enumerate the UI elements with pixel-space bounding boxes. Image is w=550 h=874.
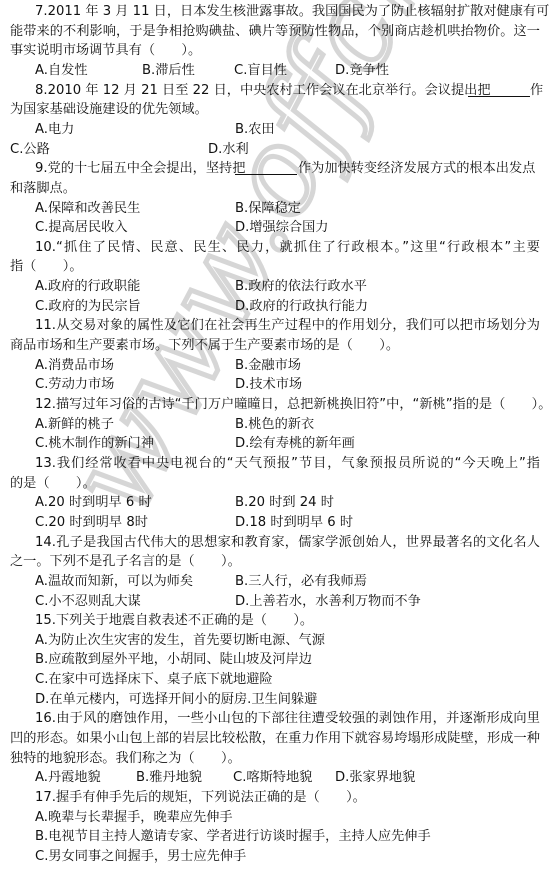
q7-stem-line-2: 能带来的不利影响，于是争相抢购碘盐、碘片等预防性物品，个别商店趁机哄抬物价。这一: [10, 22, 540, 42]
q10-stem-line-2: 指（ ）。: [10, 257, 83, 277]
q12-option-a[interactable]: A.新鲜的桃子: [35, 415, 114, 435]
q11-options-row-2: C.劳动力市场 D.技术市场: [0, 375, 550, 395]
q8-option-b[interactable]: B.农田: [235, 120, 275, 140]
q16-option-d[interactable]: D.张家界地貌: [335, 768, 415, 788]
q16-options: A.丹霞地貌 B.雅丹地貌 C.喀斯特地貌 D.张家界地貌: [0, 768, 550, 788]
q12-option-d[interactable]: D.绘有寿桃的新年画: [235, 434, 355, 454]
q14-options-row-2: C.小不忍则乱大谋 D.上善若水，水善利万物而不争: [0, 592, 550, 612]
q7-stem-line-3: 事实说明市场调节具有（ ）。: [10, 41, 201, 61]
q14-option-b[interactable]: B.三人行，必有我师焉: [235, 572, 367, 592]
q9-option-c[interactable]: C.提高居民收入: [35, 218, 128, 238]
q14-stem-line-1: 14.孔子是我国古代伟大的思想家和教育家，儒家学派创始人，世界最著名的文化名人: [35, 533, 540, 553]
q9-options-row-2: C.提高居民收入 D.增强综合国力: [0, 218, 550, 238]
q14-options-row-1: A.温故而知新，可以为师矣 B.三人行，必有我师焉: [0, 572, 550, 592]
q16-stem-line-3: 独特的地貌形态。我们称之为（ ）。: [10, 749, 241, 769]
q9-stem-text: 9.党的十七届五中全会提出，坚持把: [35, 159, 245, 179]
q16-stem-line-2: 凹的形态。如果小山包上部的岩层比较松散，在重力作用下就容易垮塌形成陡壁，形成一种: [10, 729, 540, 749]
q15-option-c[interactable]: C.在家中可选择床下、桌子底下就地避险: [35, 670, 273, 690]
q9-option-b[interactable]: B.保障稳定: [235, 199, 301, 219]
q7-option-d[interactable]: D.竞争性: [335, 61, 389, 81]
q14-option-d[interactable]: D.上善若水，水善利万物而不争: [235, 592, 421, 612]
q10-option-c[interactable]: C.政府的为民宗旨: [35, 297, 141, 317]
q12-options-row-1: A.新鲜的桃子 B.桃色的新衣: [0, 415, 550, 435]
q10-option-d[interactable]: D.政府的行政执行能力: [235, 297, 368, 317]
q15-option-b[interactable]: B.应疏散到屋外平地，小胡同、陡山坡及河岸边: [35, 650, 312, 670]
q16-stem-line-1: 16.由于风的磨蚀作用，一些小山包的下部往往遭受较强的剥蚀作用，并逐渐形成向里: [35, 709, 540, 729]
q15-stem-line-1: 15.下列关于地震自救表述不正确的是（ ）。: [35, 611, 313, 631]
q11-option-c[interactable]: C.劳动力市场: [35, 375, 114, 395]
q11-option-d[interactable]: D.技术市场: [235, 375, 302, 395]
q8-options-row-2: C.公路 D.水利: [0, 140, 550, 160]
q17-option-a[interactable]: A.晚辈与长辈握手，晚辈应先伸手: [35, 808, 233, 828]
q9-stem-tail: 作为加快转变经济发展方式的根本出发点: [298, 159, 535, 179]
q14-option-c[interactable]: C.小不忍则乱大谋: [35, 592, 141, 612]
q11-stem-line-1: 11.从交易对象的属性及它们在社会再生产过程中的作用划分，我们可以把市场划分为: [35, 316, 540, 336]
q13-options-row-2: C.20 时到明早 8时 D.18 时到明早 6 时: [0, 513, 550, 533]
q10-option-a[interactable]: A.政府的行政职能: [35, 277, 140, 297]
q13-stem-line-2: 的是（ ）。: [10, 474, 96, 494]
q9-stem-line-2: 和落脚点。: [10, 179, 76, 199]
q12-options-row-2: C.桃木制作的新门神 D.绘有寿桃的新年画: [0, 434, 550, 454]
exam-page: www.offcn.com 7.2011 年 3 月 11 日，日本发生核泄露事…: [0, 0, 550, 874]
q8-option-a[interactable]: A.电力: [35, 120, 74, 140]
q16-option-b[interactable]: B.雅丹地貌: [136, 768, 202, 788]
q15-option-d[interactable]: D.在单元楼内，可选择开间小的厨房.卫生间躲避: [35, 690, 317, 710]
q7-option-a[interactable]: A.自发性: [35, 61, 88, 81]
q9-option-d[interactable]: D.增强综合国力: [235, 218, 328, 238]
q17-option-c[interactable]: C.男女同事之间握手，男士应先伸手: [35, 847, 246, 867]
q8-stem-text: 8.2010 年 12 月 21 日至 22 日，中央农村工作会议在北京举行。会…: [35, 81, 491, 101]
q7-option-c[interactable]: C.盲目性: [234, 61, 287, 81]
q16-option-a[interactable]: A.丹霞地貌: [35, 768, 101, 788]
q13-stem-line-1: 13.我们经常收看中央电视台的“天气预报”节目，气象预报员所说的“今天晚上”指: [35, 454, 540, 474]
q10-options-row-2: C.政府的为民宗旨 D.政府的行政执行能力: [0, 297, 550, 317]
q10-options-row-1: A.政府的行政职能 B.政府的依法行政水平: [0, 277, 550, 297]
q8-option-c[interactable]: C.公路: [10, 140, 50, 160]
q13-option-b[interactable]: B.20 时到 24 时: [235, 493, 334, 513]
q14-option-a[interactable]: A.温故而知新，可以为师矣: [35, 572, 193, 592]
q14-stem-line-2: 之一。下列不是孔子名言的是（ ）。: [10, 552, 241, 572]
q13-option-d[interactable]: D.18 时到明早 6 时: [235, 513, 353, 533]
q8-stem-line-1: 8.2010 年 12 月 21 日至 22 日，中央农村工作会议在北京举行。会…: [0, 81, 550, 101]
q10-stem-line-1: 10.“抓住了民情、民意、民生、民力，就抓住了行政根本。”这里“行政根本”主要: [35, 238, 540, 258]
q10-option-b[interactable]: B.政府的依法行政水平: [235, 277, 367, 297]
q11-option-b[interactable]: B.金融市场: [235, 356, 301, 376]
q13-option-c[interactable]: C.20 时到明早 8时: [35, 513, 148, 533]
q13-option-a[interactable]: A.20 时到明早 6 时: [35, 493, 152, 513]
q11-options-row-1: A.消费品市场 B.金融市场: [0, 356, 550, 376]
q16-option-c[interactable]: C.喀斯特地貌: [233, 768, 312, 788]
q11-option-a[interactable]: A.消费品市场: [35, 356, 114, 376]
q7-options: A.自发性 B.滞后性 C.盲目性 D.竞争性: [0, 61, 550, 81]
q15-option-a[interactable]: A.为防止次生灾害的发生，首先要切断电源、气源: [35, 631, 325, 651]
q8-stem-line-2: 为国家基础设施建设的优先领域。: [10, 100, 208, 120]
q8-answer-blank: [468, 84, 530, 97]
q17-option-b[interactable]: B.电视节目主持人邀请专家、学者进行访谈时握手，主持人应先伸手: [35, 827, 431, 847]
q11-stem-line-2: 商品市场和生产要素市场。下列不属于生产要素市场的是（ ）。: [10, 336, 399, 356]
q12-stem-line-1: 12.描写过年习俗的古诗“千门万户曈曈日，总把新桃换旧符”中，“新桃”指的是（ …: [35, 395, 540, 415]
q8-option-d[interactable]: D.水利: [208, 140, 249, 160]
q9-stem-line-1: 9.党的十七届五中全会提出，坚持把 作为加快转变经济发展方式的根本出发点: [0, 159, 550, 179]
q9-options-row-1: A.保障和改善民生 B.保障稳定: [0, 199, 550, 219]
q12-option-b[interactable]: B.桃色的新衣: [235, 415, 314, 435]
q17-stem-line-1: 17.握手有伸手先后的规矩，下列说法正确的是（ ）。: [35, 788, 366, 808]
q7-option-b[interactable]: B.滞后性: [142, 61, 195, 81]
q9-option-a[interactable]: A.保障和改善民生: [35, 199, 140, 219]
q7-stem-line-1: 7.2011 年 3 月 11 日，日本发生核泄露事故。我国国民为了防止核辐射扩…: [35, 2, 540, 22]
q8-stem-tail: 作: [530, 81, 543, 101]
q13-options-row-1: A.20 时到明早 6 时 B.20 时到 24 时: [0, 493, 550, 513]
q8-options-row-1: A.电力 B.农田: [0, 120, 550, 140]
q9-answer-blank: [235, 162, 297, 175]
q12-option-c[interactable]: C.桃木制作的新门神: [35, 434, 154, 454]
